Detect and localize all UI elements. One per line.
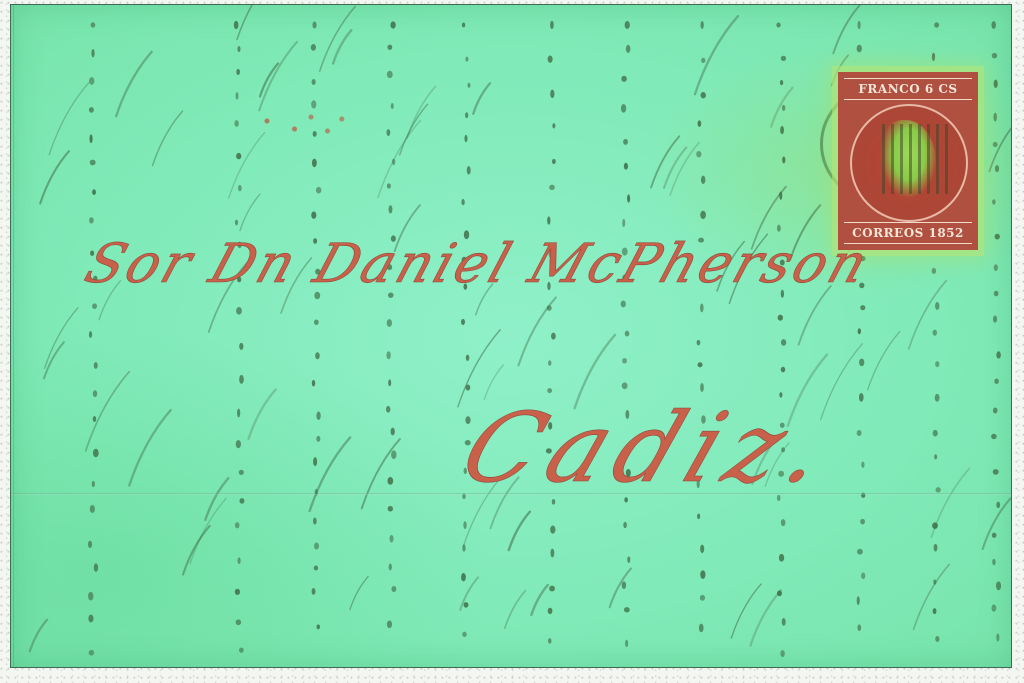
red-ink-smudge — [245, 105, 355, 145]
stamp-medallion — [850, 104, 968, 222]
addressee-name: Sor Dn Daniel McPherson — [78, 232, 879, 295]
postage-stamp: FRANCO 6 CS CORREOS 1852 — [838, 72, 978, 250]
fold-line-vertical — [13, 5, 14, 667]
destination-city: Cadiz. — [448, 392, 853, 504]
stamp-value-label: FRANCO 6 CS — [844, 78, 972, 100]
grid-cancel-icon — [882, 124, 952, 194]
